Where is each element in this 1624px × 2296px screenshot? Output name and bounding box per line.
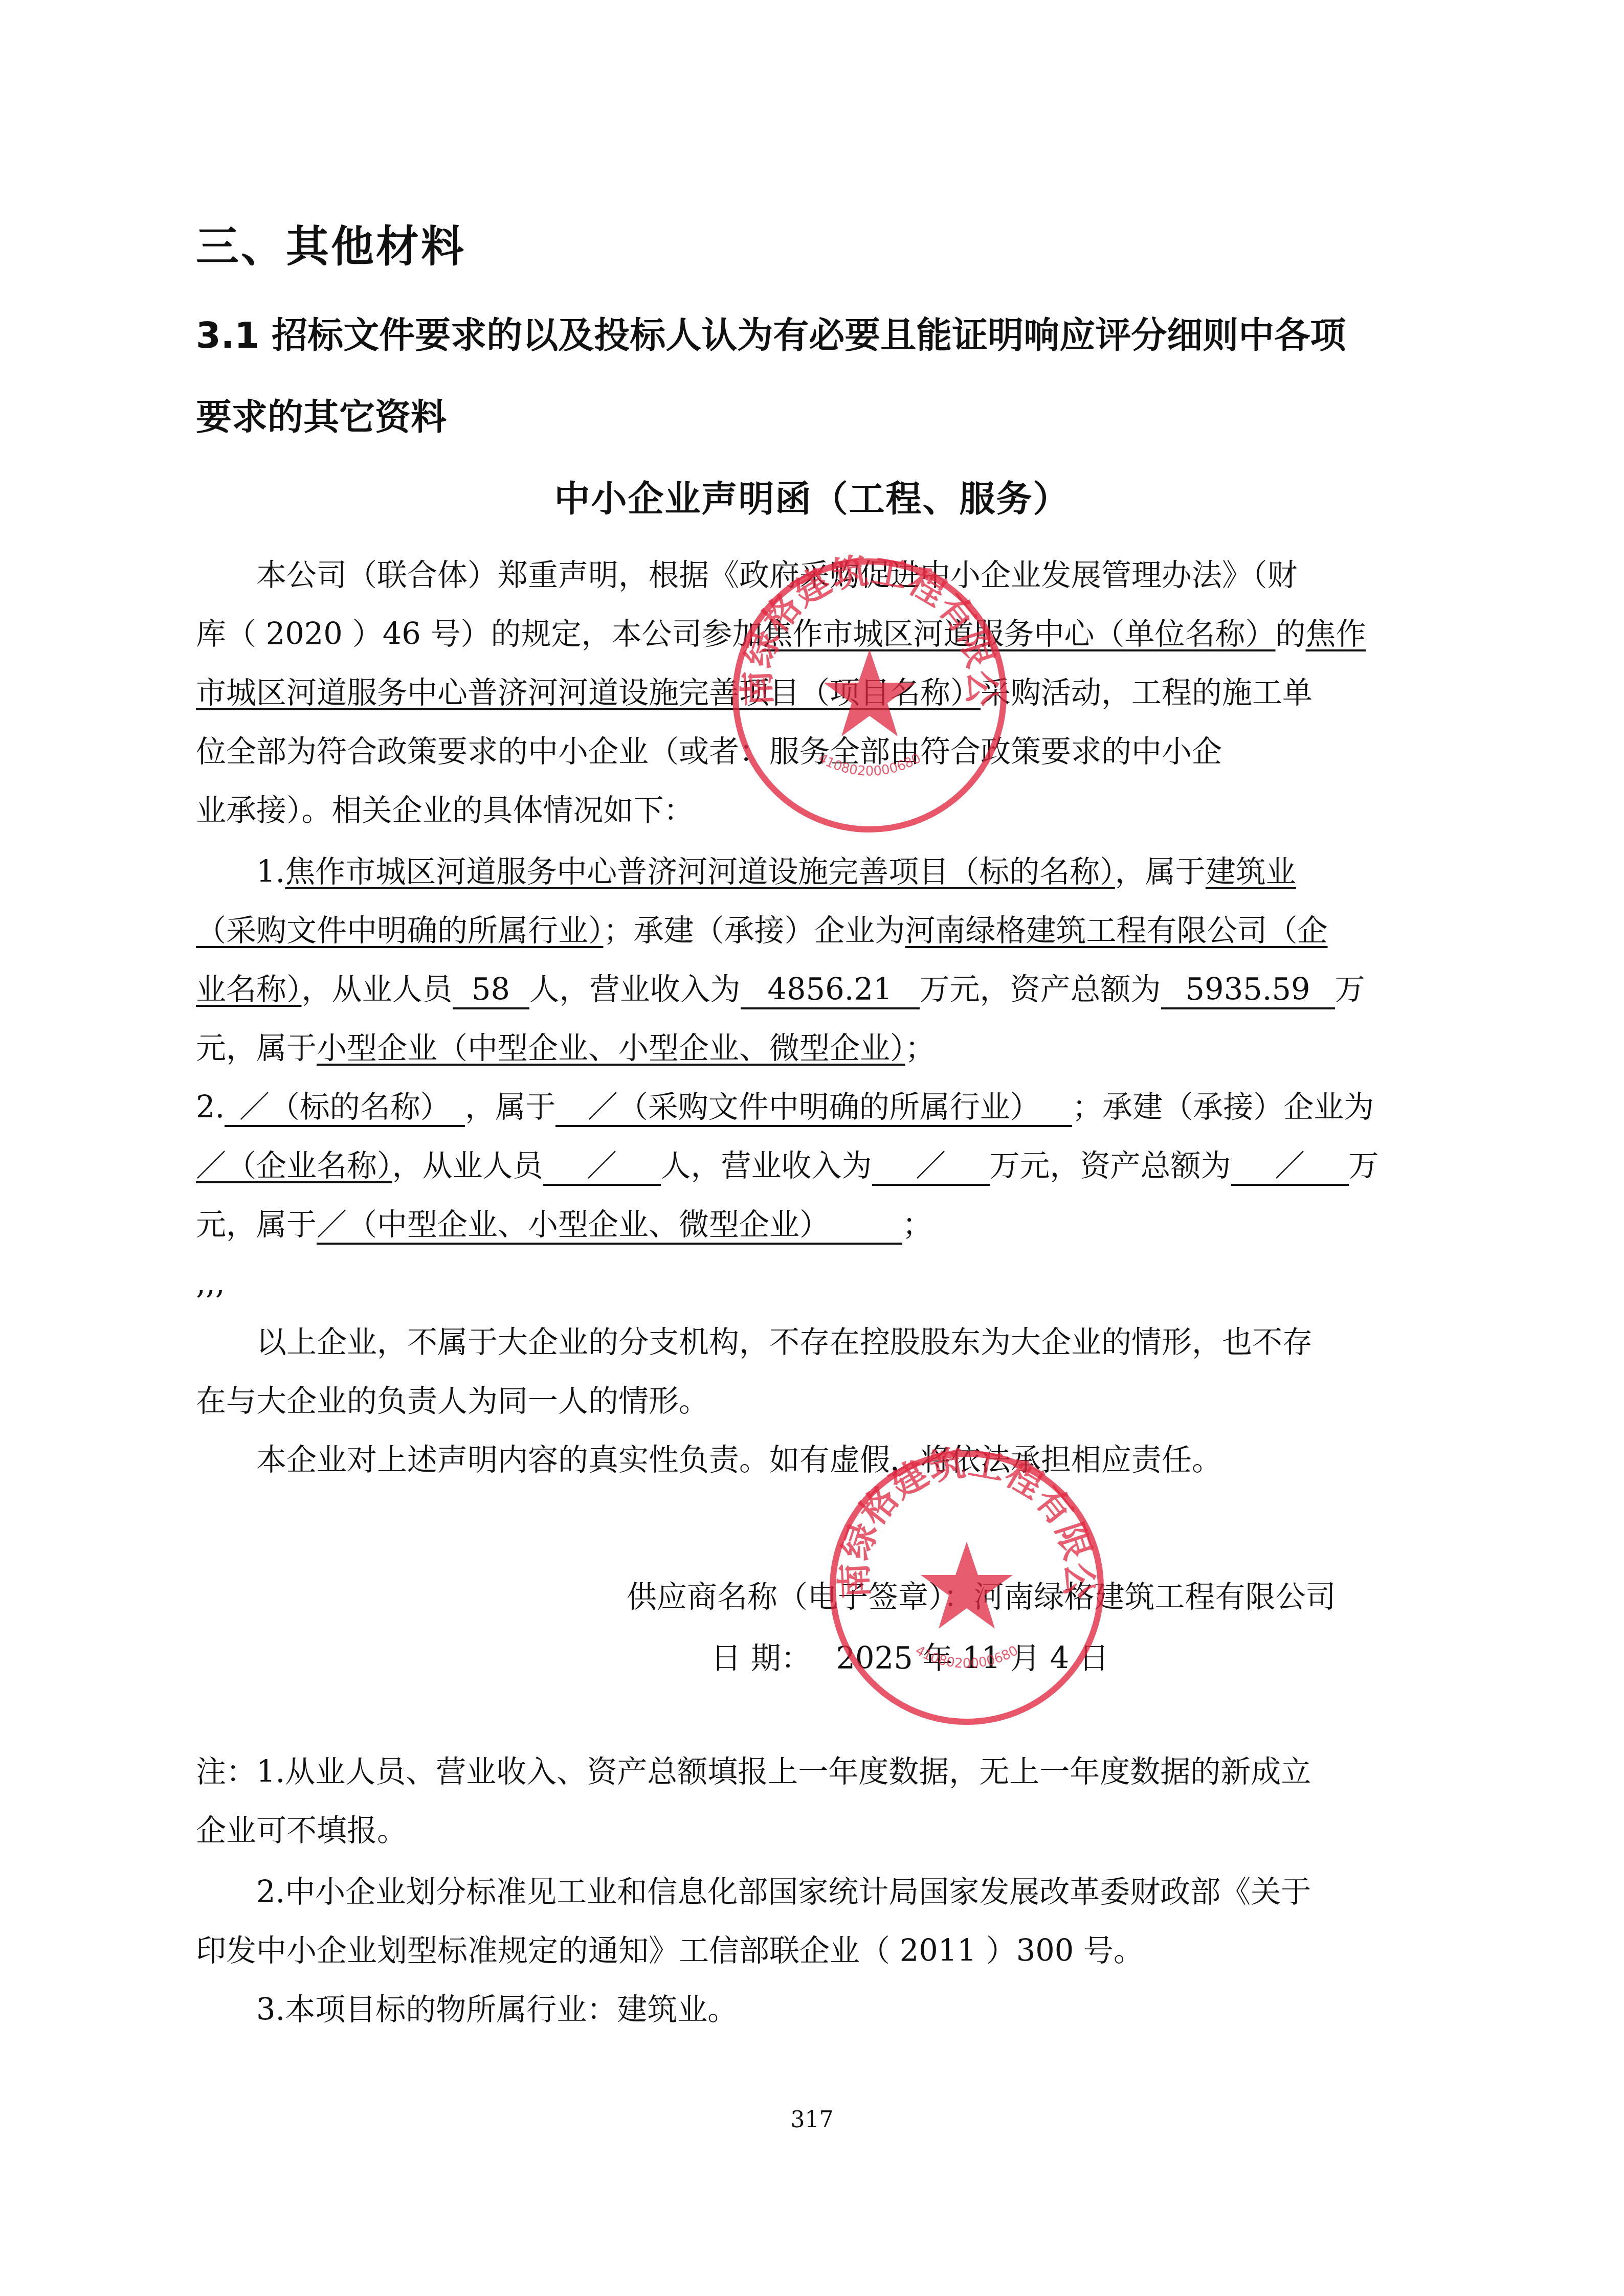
label: 人，营业收入为 [661, 1148, 872, 1183]
note-2-line-2: 印发中小企业划型标准规定的通知》工信部联企业（ 2011 ）300 号。 [196, 1930, 1439, 1971]
item1-line-3: 业名称），从业人员58人，营业收入为4856.21万元，资产总额为5935.59… [196, 969, 1439, 1010]
company-name-field: 业名称） [196, 972, 302, 1007]
assets-field: ／ [1231, 1148, 1349, 1186]
supplier-label: 供应商名称（电子签章）： [627, 1579, 974, 1614]
supplier-name: 河南绿格建筑工程有限公司 [974, 1579, 1336, 1614]
revenue-field: ／ [872, 1148, 990, 1186]
label: ，从业人员 [392, 1148, 543, 1183]
industry-field: ／（采购文件中明确的所属行业） [555, 1089, 1072, 1127]
industry-field: （采购文件中明确的所属行业） [196, 913, 604, 948]
label: 万 [1349, 1148, 1379, 1183]
item2-line-1: 2.／（标的名称），属于／（采购文件中明确的所属行业）；承建（承接）企业为 [196, 1087, 1439, 1128]
assets-field: 5935.59 [1161, 972, 1335, 1009]
industry-field: 建筑业 [1206, 854, 1296, 889]
label: ；承建（承接）企业为 [604, 913, 905, 948]
label: 万 [1335, 972, 1365, 1007]
intro-line-2: 库（ 2020 ）46 号）的规定，本公司参加焦作市城区河道服务中心（单位名称）… [196, 614, 1439, 655]
label: ，属于 [1115, 854, 1206, 889]
enterprise-size-field: 小型企业（中型企业、小型企业、微型企业） [317, 1030, 905, 1066]
intro-line-1: 本公司（联合体）郑重声明，根据《政府采购促进中小企业发展管理办法》（财 [196, 555, 1499, 596]
label: ； [902, 1207, 932, 1242]
project-name-field: 市城区河道服务中心普济河河道设施完善项目（项目名称） [196, 675, 981, 710]
document-page: 三、其他材料 3.1 招标文件要求的以及投标人认为有必要且能证明响应评分细则中各… [0, 0, 1624, 2296]
date-value: 2025 年 11 月 4 日 [836, 1640, 1109, 1676]
note-1-line-2: 企业可不填报。 [196, 1810, 1439, 1851]
label: 万元，资产总额为 [990, 1148, 1231, 1183]
date-label: 日 期： [711, 1640, 811, 1676]
subject-name-field: ／（标的名称） [225, 1089, 465, 1127]
employees-field: ／ [543, 1148, 661, 1186]
employees-field: 58 [453, 972, 529, 1009]
intro-text: 的 [1276, 616, 1306, 651]
subsection-heading-line1: 3.1 招标文件要求的以及投标人认为有必要且能证明响应评分细则中各项 [196, 307, 1439, 358]
section-heading: 三、其他材料 [196, 212, 466, 274]
item1-line-4: 元，属于小型企业（中型企业、小型企业、微型企业）； [196, 1028, 1439, 1069]
label: ；承建（承接）企业为 [1072, 1089, 1374, 1124]
note-1-line-1: 注：1.从业人员、营业收入、资产总额填报上一年度数据，无上一年度数据的新成立 [196, 1751, 1439, 1792]
intro-line-3: 市城区河道服务中心普济河河道设施完善项目（项目名称）采购活动，工程的施工单 [196, 672, 1439, 713]
intro-text: 采购活动，工程的施工单 [981, 675, 1312, 710]
note-3: 3.本项目标的物所属行业：建筑业。 [196, 1989, 1499, 2030]
revenue-field: 4856.21 [741, 972, 920, 1009]
page-number: 317 [0, 2107, 1624, 2133]
company-name-field: ／（企业名称） [196, 1148, 392, 1183]
intro-line-5: 业承接）。相关企业的具体情况如下： [196, 790, 1439, 831]
date-line: 日 期： 2025 年 11 月 4 日 [711, 1634, 1109, 1677]
label: 元，属于 [196, 1030, 317, 1066]
statement-line-3: 本企业对上述声明内容的真实性负责。如有虚假，将依法承担相应责任。 [196, 1439, 1499, 1480]
statement-line-2: 在与大企业的负责人为同一人的情形。 [196, 1381, 1439, 1422]
item-number: 2. [196, 1089, 225, 1124]
item2-line-3: 元，属于／（中型企业、小型企业、微型企业）； [196, 1204, 1439, 1245]
item1-line-1: 1.焦作市城区河道服务中心普济河河道设施完善项目（标的名称），属于建筑业 [196, 851, 1499, 892]
label: 元，属于 [196, 1207, 317, 1242]
intro-line-4: 位全部为符合政策要求的中小企业（或者：服务全部由符合政策要求的中小企 [196, 731, 1439, 772]
label: ； [905, 1030, 936, 1066]
ellipsis: ‚‚‚ [196, 1263, 1439, 1304]
subsection-heading-line2: 要求的其它资料 [196, 389, 1439, 440]
letter-title: 中小企业声明函（工程、服务） [0, 470, 1624, 522]
item2-line-2: ／（企业名称），从业人员／人，营业收入为／万元，资产总额为／万 [196, 1145, 1439, 1186]
purchaser-name-field: 焦作市城区河道服务中心（单位名称） [763, 616, 1276, 651]
label: 万元，资产总额为 [920, 972, 1161, 1007]
item1-line-2: （采购文件中明确的所属行业）；承建（承接）企业为河南绿格建筑工程有限公司（企 [196, 910, 1439, 951]
subject-name-field: 焦作市城区河道服务中心普济河河道设施完善项目（标的名称） [285, 854, 1115, 889]
supplier-signature-line: 供应商名称（电子签章）：河南绿格建筑工程有限公司 [627, 1572, 1336, 1616]
label: ，从业人员 [302, 972, 453, 1007]
intro-text: 本公司（联合体）郑重声明，根据《政府采购促进中小企业发展管理办法》（财 [256, 557, 1298, 593]
project-name-field: 焦作 [1306, 616, 1366, 651]
label: ，属于 [465, 1089, 555, 1124]
enterprise-size-field: ／（中型企业、小型企业、微型企业） [317, 1207, 902, 1245]
intro-text: 库（ 2020 ）46 号）的规定，本公司参加 [196, 616, 763, 651]
company-name-field: 河南绿格建筑工程有限公司（企 [905, 913, 1328, 948]
note-2-line-1: 2.中小企业划分标准见工业和信息化部国家统计局国家发展改革委财政部《关于 [196, 1872, 1499, 1912]
statement-line-1: 以上企业，不属于大企业的分支机构，不存在控股股东为大企业的情形，也不存 [196, 1322, 1499, 1363]
item-number: 1. [256, 854, 285, 889]
label: 人，营业收入为 [529, 972, 741, 1007]
